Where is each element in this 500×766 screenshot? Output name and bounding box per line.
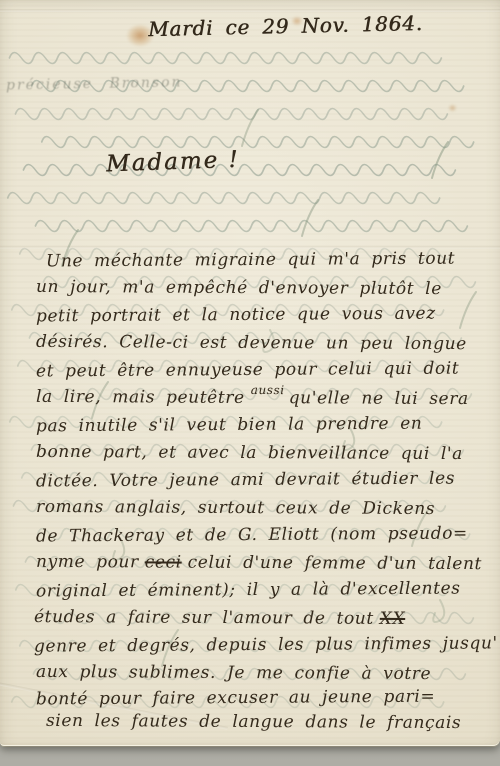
strikethrough-mark: XX — [380, 609, 406, 629]
handwritten-line: pas inutile s'il veut bien la prendre en — [36, 414, 423, 437]
handwritten-line: original et éminent); il y a là d'excell… — [36, 579, 461, 602]
line-text: nyme pour — [36, 552, 139, 573]
line-text: celui d'une femme d'un talent — [188, 553, 482, 575]
letter-paper: Mardi ce 29 Nov. 1864. précieuse Bronson… — [0, 0, 500, 746]
handwritten-line: désirés. Celle-ci est devenue un peu lon… — [36, 332, 467, 354]
line-text: la lire, mais peutêtre — [36, 387, 245, 408]
interline-insertion: aussi — [251, 383, 285, 397]
handwritten-line: petit portrait et la notice que vous ave… — [36, 304, 436, 327]
handwritten-line: nyme pourcecicelui d'une femme d'un tale… — [36, 552, 488, 574]
handwritten-line: aux plus sublimes. Je me confie à votre — [36, 662, 431, 684]
handwritten-line: dictée. Votre jeune ami devrait étudier … — [36, 469, 455, 492]
handwritten-line: genre et degrés, depuis les plus infimes… — [34, 633, 498, 656]
letter-body: Une méchante migraine qui m'a pris tout … — [0, 0, 500, 745]
handwritten-line: un jour, m'a empêché d'envoyer plutôt le — [36, 277, 442, 299]
handwritten-line: Une méchante migraine qui m'a pris tout — [46, 249, 455, 272]
handwritten-line: la lire, mais peutêtreaussiqu'elle ne lu… — [36, 387, 475, 409]
handwritten-line: et peut être ennuyeuse pour celui qui do… — [36, 359, 459, 382]
strikethrough-word: ceci — [145, 552, 182, 572]
scanned-letter-photo: Mardi ce 29 Nov. 1864. précieuse Bronson… — [0, 0, 500, 766]
handwritten-line: de Thackeray et de G. Eliott (nom pseudo… — [36, 523, 468, 546]
handwritten-line: sien les fautes de langue dans le frança… — [46, 711, 461, 733]
line-text: études a faire sur l'amour de tout — [34, 607, 374, 629]
handwritten-line: romans anglais, surtout ceux de Dickens — [36, 497, 435, 519]
handwritten-line: bonne part, et avec la bienveillance qui… — [36, 442, 463, 464]
handwritten-line: études a faire sur l'amour de toutXX — [34, 607, 411, 629]
line-text: qu'elle ne lui sera — [289, 388, 469, 409]
handwritten-line: bonté pour faire excuser au jeune pari= — [36, 687, 435, 710]
